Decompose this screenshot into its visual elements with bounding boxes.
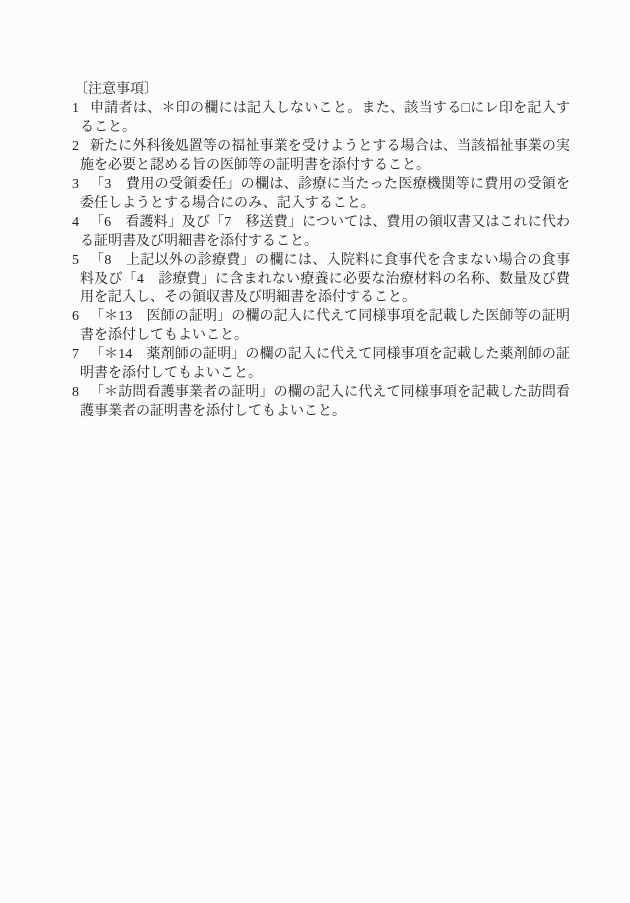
note-number: 8 — [72, 384, 79, 403]
note-text: 「＊訪問看護事業者の証明」の欄の記入に代えて同様事項を記載した訪問看護事業者の証… — [80, 385, 570, 419]
note-item: 2新たに外科後処置等の福祉事業を受けようとする場合は、当該福祉事業の実施を必要と… — [80, 138, 570, 176]
note-number: 3 — [72, 176, 79, 195]
note-text: 「＊14 薬剤師の証明」の欄の記入に代えて同様事項を記載した薬剤師の証明書を添付… — [80, 347, 570, 381]
document-page: 〔注意事項〕 1申請者は、＊印の欄には記入しないこと。また、該当する□にレ印を記… — [0, 0, 630, 903]
note-item: 1申請者は、＊印の欄には記入しないこと。また、該当する□にレ印を記入すること。 — [80, 100, 570, 138]
note-number: 2 — [72, 138, 79, 157]
note-text: 「＊13 医師の証明」の欄の記入に代えて同様事項を記載した医師等の証明書を添付し… — [80, 309, 570, 343]
notes-list: 1申請者は、＊印の欄には記入しないこと。また、該当する□にレ印を記入すること。2… — [80, 100, 570, 422]
note-item: 8「＊訪問看護事業者の証明」の欄の記入に代えて同様事項を記載した訪問看護事業者の… — [80, 384, 570, 422]
note-item: 7「＊14 薬剤師の証明」の欄の記入に代えて同様事項を記載した薬剤師の証明書を添… — [80, 346, 570, 384]
note-text: 申請者は、＊印の欄には記入しないこと。また、該当する□にレ印を記入すること。 — [80, 101, 570, 135]
note-number: 7 — [72, 346, 79, 365]
note-text: 「3 費用の受領委任」の欄は、診療に当たった医療機関等に費用の受領を委任しようと… — [80, 177, 570, 211]
note-item: 6「＊13 医師の証明」の欄の記入に代えて同様事項を記載した医師等の証明書を添付… — [80, 308, 570, 346]
note-number: 4 — [72, 214, 79, 233]
note-item: 4「6 看護料」及び「7 移送費」については、費用の領収書又はこれに代わる証明書… — [80, 214, 570, 252]
notes-heading: 〔注意事項〕 — [80, 81, 570, 100]
note-number: 1 — [72, 100, 79, 119]
note-text: 「8 上記以外の診療費」の欄には、入院料に食事代を含まない場合の食事料及び「4 … — [80, 253, 570, 306]
note-text: 「6 看護料」及び「7 移送費」については、費用の領収書又はこれに代わる証明書及… — [80, 215, 570, 249]
note-number: 6 — [72, 308, 79, 327]
note-item: 3「3 費用の受領委任」の欄は、診療に当たった医療機関等に費用の受領を委任しよう… — [80, 176, 570, 214]
note-item: 5「8 上記以外の診療費」の欄には、入院料に食事代を含まない場合の食事料及び「4… — [80, 252, 570, 309]
note-text: 新たに外科後処置等の福祉事業を受けようとする場合は、当該福祉事業の実施を必要と認… — [80, 139, 570, 173]
note-number: 5 — [72, 252, 79, 271]
notes-section: 〔注意事項〕 1申請者は、＊印の欄には記入しないこと。また、該当する□にレ印を記… — [80, 81, 570, 422]
